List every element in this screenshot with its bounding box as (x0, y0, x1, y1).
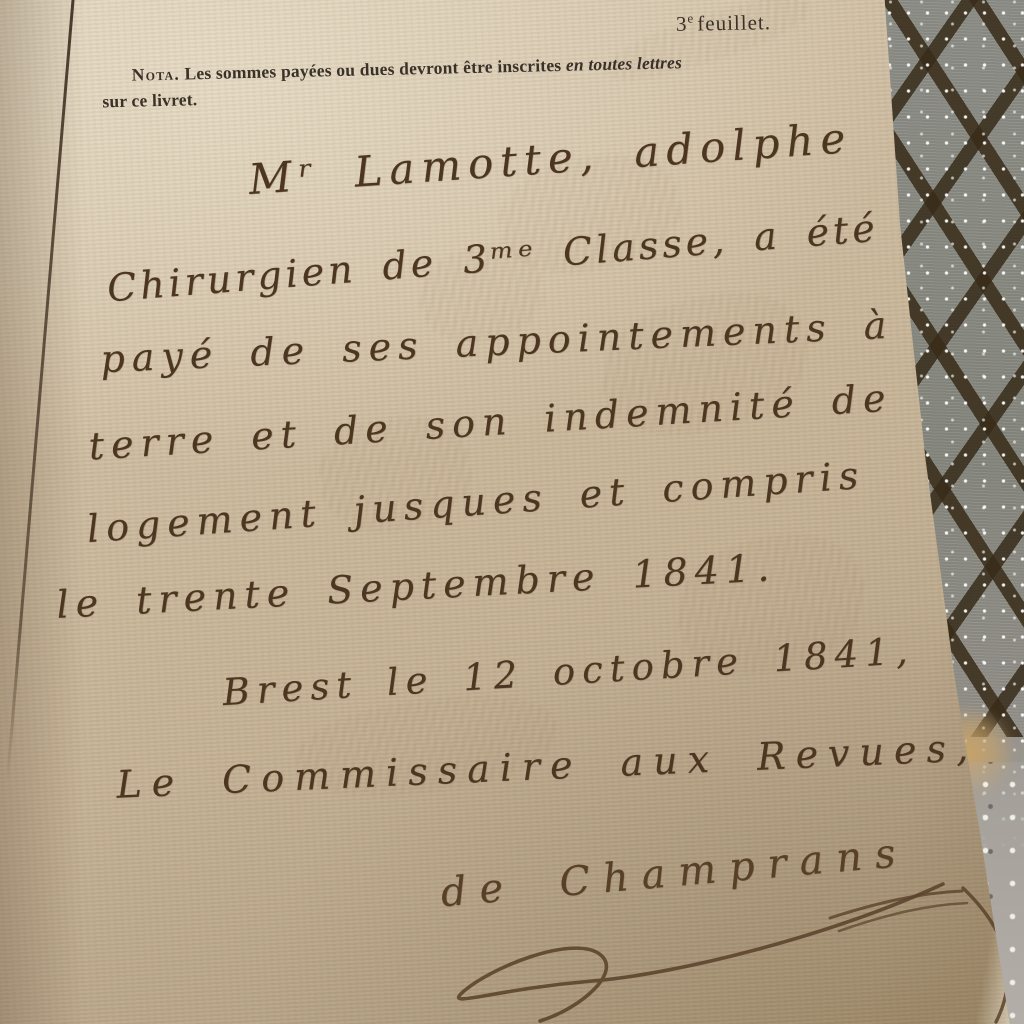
signature-flourish (360, 878, 1020, 1024)
printed-nota-notice: Nota. Les sommes payées ou dues devront … (101, 46, 838, 115)
folio-ordinal: e (687, 11, 694, 26)
folio-label: 3efeuillet. (676, 9, 771, 37)
manuscript-line-7: Brest le 12 octobre 1841, (221, 629, 915, 714)
photo-scene: 3efeuillet. Nota. Les sommes payées ou d… (0, 0, 1024, 1024)
nota-label: Nota. (132, 64, 181, 85)
manuscript-line-4: terre et de son indemnité de (87, 375, 893, 468)
manuscript-line-5: logement jusques et compris (85, 453, 866, 551)
booklet-page: 3efeuillet. Nota. Les sommes payées ou d… (0, 0, 1024, 1024)
nota-emphasis: en toutes lettres (566, 52, 683, 75)
gutter-shadow (0, 0, 84, 1024)
folio-word: feuillet. (697, 10, 771, 35)
manuscript-line-6: le trente Septembre 1841. (55, 545, 777, 627)
folio-number: 3 (676, 12, 688, 36)
